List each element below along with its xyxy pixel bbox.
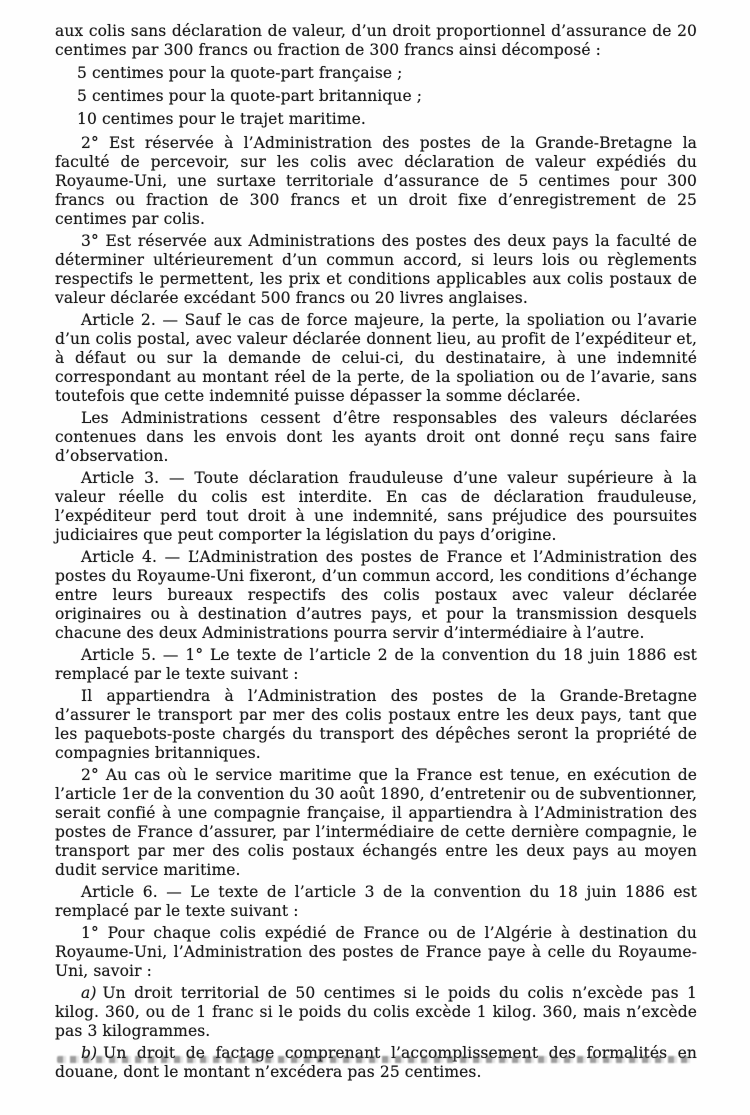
article-6-paragraph: Article 6. — Le texte de l’article 3 de … [55, 883, 697, 921]
fee-list-item-sea-transit: 10 centimes pour le trajet maritime. [77, 109, 697, 130]
clause-3-paragraph: 3° Est réservée aux Administrations des … [55, 232, 697, 308]
article-4-paragraph: Article 4. — L’Administration des postes… [55, 548, 697, 643]
article-2-paragraph: Article 2. — Sauf le cas de force majeur… [55, 311, 697, 406]
bottom-scan-artifact [57, 1056, 692, 1063]
scanned-document-page: aux colis sans déclaration de valeur, d’… [0, 0, 750, 1115]
clause-2-paragraph: 2° Est réservée à l’Administration des p… [55, 134, 697, 229]
opening-continuation-paragraph: aux colis sans déclaration de valeur, d’… [55, 22, 697, 60]
article-5-clause-2-paragraph: 2° Au cas où le service maritime que la … [55, 766, 697, 880]
document-text-block: aux colis sans déclaration de valeur, d’… [55, 22, 697, 1085]
fee-list-item-british-share: 5 centimes pour la quote-part britanniqu… [77, 86, 697, 107]
article-5-inserted-text-paragraph: Il appartiendra à l’Administration des p… [55, 687, 697, 763]
fee-breakdown-list: 5 centimes pour la quote-part française … [55, 63, 697, 130]
fee-list-item-french-share: 5 centimes pour la quote-part française … [77, 63, 697, 84]
article-5-paragraph: Article 5. — 1° Le texte de l’article 2 … [55, 646, 697, 684]
item-a-text: Un droit territorial de 50 centimes si l… [55, 984, 697, 1040]
article-3-paragraph: Article 3. — Toute déclaration frauduleu… [55, 469, 697, 545]
item-a-marker: a) [81, 984, 97, 1002]
article-2-continuation-paragraph: Les Administrations cessent d’être respo… [55, 409, 697, 466]
item-a-paragraph: a)Un droit territorial de 50 centimes si… [55, 984, 697, 1041]
article-6-clause-1-paragraph: 1° Pour chaque colis expédié de France o… [55, 924, 697, 981]
